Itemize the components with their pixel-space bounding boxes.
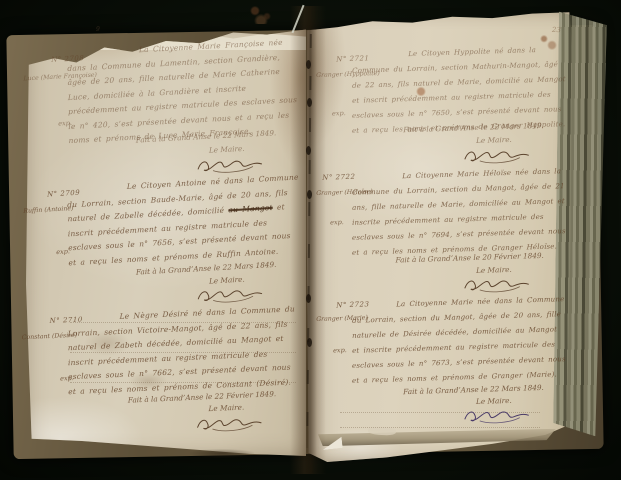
stitch-knot: [307, 190, 312, 199]
page-number: 23: [552, 26, 561, 34]
margin-note: exp.: [333, 346, 347, 354]
act-entry-2710: N° 2710 Constant (Désiré) exp. Le Nègre …: [28, 300, 303, 442]
act-body-text: La Citoyenne Marie née dans la Commune d…: [352, 295, 566, 385]
stitch-knot: [306, 294, 311, 303]
act-entry-2722: N° 2722 Granger (Héloïse) exp. La Citoye…: [316, 164, 570, 300]
stitch-knot: [306, 146, 311, 155]
mayor-signature: [462, 144, 532, 166]
act-body-text: La Citoyenne Marie Héloïse née dans la C…: [352, 167, 566, 257]
ink-stain: [246, 2, 276, 24]
act-body: Le Nègre Désiré né dans la Commune du Lo…: [68, 302, 301, 399]
struck-word: au Mangot: [228, 203, 273, 214]
stitch-knot: [307, 338, 312, 347]
act-body-text: Le Nègre Désiré né dans la Commune du Lo…: [68, 304, 295, 395]
act-body: La Citoyenne Marie née dans la Commune d…: [352, 292, 566, 389]
stitch-knot: [306, 60, 311, 69]
act-number: N° 2722: [322, 173, 355, 182]
mayor-signature: [194, 412, 264, 435]
stitch-knot: [307, 98, 312, 107]
mayor-signature: [462, 404, 532, 426]
register-photograph: N° 2708 Luce (Marie Françoise) exp. La C…: [0, 0, 621, 480]
act-entry-2708: N° 2708 Luce (Marie Françoise) exp. La C…: [27, 33, 303, 189]
act-body: La Citoyenne Marie Héloïse née dans la C…: [352, 164, 566, 261]
act-entry-2709: N° 2709 Ruffin (Antoine) exp. Le Citoyen…: [27, 170, 303, 315]
margin-note: exp.: [330, 218, 344, 226]
corner-mark: 9: [96, 26, 100, 33]
act-entry-2723: N° 2723 Granger (Marie) exp. La Citoyenn…: [316, 290, 570, 430]
margin-note: exp.: [332, 109, 346, 117]
act-entry-2721: N° 2721 Granger (Hyppolite) exp. Le Cito…: [316, 40, 570, 176]
act-body: Le Citoyen Antoine né dans la Commune du…: [67, 170, 300, 270]
